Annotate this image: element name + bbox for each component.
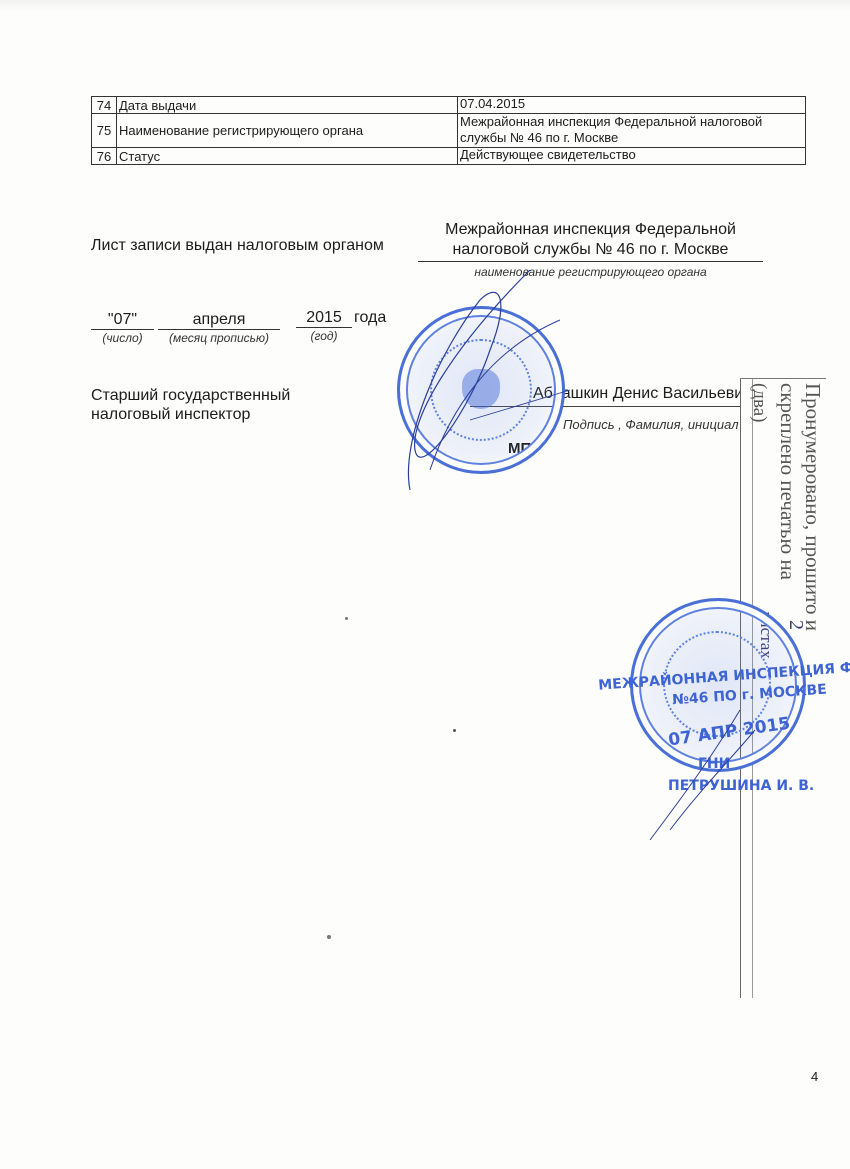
page-edge — [0, 0, 850, 10]
table-row: 74 Дата выдачи 07.04.2015 — [92, 97, 806, 114]
row-value: Межрайонная инспекция Федеральной налого… — [458, 114, 806, 148]
binding-border-top — [740, 378, 826, 379]
issuing-organ: Межрайонная инспекция Федеральной налого… — [418, 220, 763, 262]
row-label: Статус — [117, 148, 458, 165]
row-label: Дата выдачи — [117, 97, 458, 114]
stamp2-signature — [640, 700, 760, 850]
date-day: "07" — [91, 311, 154, 330]
date-day-caption: (число) — [91, 331, 154, 345]
signatory-caption: Подпись , Фамилия, инициал — [563, 417, 743, 432]
signatory-title-line2: налоговый инспектор — [91, 405, 290, 424]
binding-note-line1: Пронумеровано, прошито и — [800, 383, 825, 631]
date-year-caption: (год) — [296, 329, 352, 343]
signatory-title-line1: Старший государственный — [91, 386, 290, 405]
scan-speck — [327, 935, 331, 939]
page-number: 4 — [811, 1069, 818, 1084]
row-value: Действующее свидетельство — [458, 148, 806, 165]
binding-note-line2: скреплено печатью на — [775, 383, 800, 580]
row-number: 76 — [92, 148, 117, 165]
binding-note-line3: (два) — [748, 383, 770, 422]
signatory-title: Старший государственный налоговый инспек… — [91, 386, 290, 424]
row-value: 07.04.2015 — [458, 97, 806, 114]
date-month: апреля — [158, 311, 280, 330]
registration-table: 74 Дата выдачи 07.04.2015 75 Наименовани… — [91, 96, 806, 165]
row-number: 74 — [92, 97, 117, 114]
issuing-organ-line2: налоговой службы № 46 по г. Москве — [418, 240, 763, 262]
issued-label: Лист записи выдан налоговым органом — [91, 237, 384, 255]
row-number: 75 — [92, 114, 117, 148]
table-row: 75 Наименование регистрирующего органа М… — [92, 114, 806, 148]
scan-speck — [453, 729, 456, 732]
table-row: 76 Статус Действующее свидетельство — [92, 148, 806, 165]
binding-note-count: 2 — [784, 620, 807, 630]
date-month-caption: (месяц прописью) — [158, 331, 280, 345]
date-year: 2015 — [296, 309, 352, 328]
issuing-organ-line1: Межрайонная инспекция Федеральной — [418, 220, 763, 240]
row-label: Наименование регистрирующего органа — [117, 114, 458, 148]
signature-scribble — [380, 260, 580, 510]
scan-speck — [345, 617, 348, 620]
